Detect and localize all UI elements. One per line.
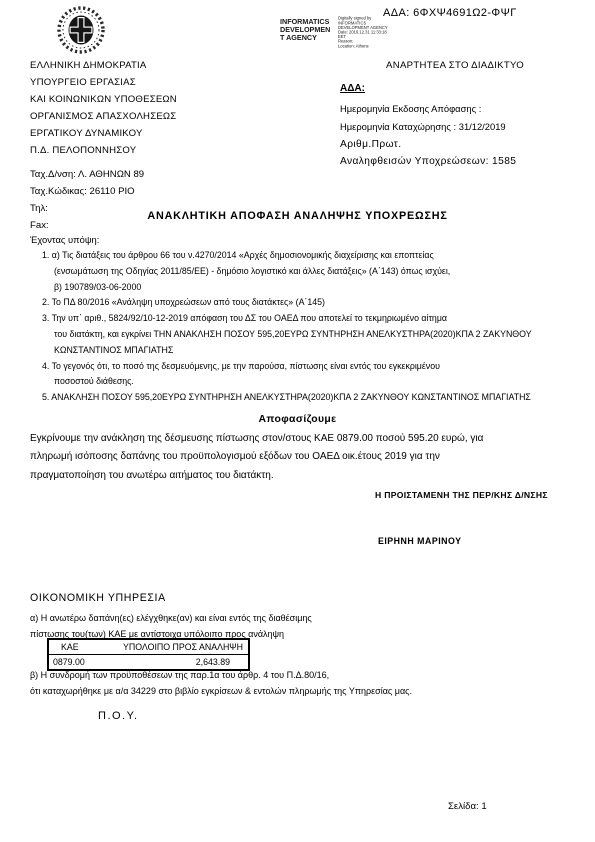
decision-line: πραγματοποίηση του ανωτέρω αιτήματος του…	[30, 467, 570, 485]
address-line: Ταχ.Δ/νση: Λ. ΑΘΗΝΩΝ 89	[30, 166, 144, 183]
commitments-number-line: Αναληφθεισών Υποχρεώσεων: 1585	[340, 156, 516, 167]
decision-line: Εγκρίνουμε την ανάκληση της δέσμευσης πί…	[30, 430, 570, 448]
page-number: Σελίδα: 1	[448, 801, 487, 812]
stamp-agency-line: T AGENCY	[280, 34, 338, 42]
letterhead-line: Π.Δ. ΠΕΛΟΠΟΝΝΗΣΟΥ	[30, 142, 177, 159]
financial-paragraph-b: β) Η συνδρομή των προϋποθέσεων της παρ.1…	[30, 667, 412, 699]
meta-block: ΑΔΑ: Ημερομηνία Εκδοσης Απόφασης : Ημερο…	[340, 83, 516, 173]
signature-stamp-details: Digitally signed by INFORMATICS DEVELOPM…	[338, 16, 421, 48]
financial-service-heading: ΟΙΚΟΝΟΜΙΚΗ ΥΠΗΡΕΣΙΑ	[30, 592, 166, 604]
list-item-3-line: ΚΩΝΣΤΑΝΤΙΝΟΣ ΜΠΑΓΙΑΤΗΣ	[42, 343, 577, 359]
list-item-3-line: 3. Την υπ΄ αριθ., 5824/92/10-12-2019 από…	[42, 311, 577, 327]
decision-paragraph: Εγκρίνουμε την ανάκληση της δέσμευσης πί…	[30, 430, 570, 485]
column-header-kae: ΚΑΕ	[48, 639, 118, 655]
letterhead-line: ΚΑΙ ΚΟΙΝΩΝΙΚΩΝ ΥΠΟΘΕΣΕΩΝ	[30, 91, 177, 108]
decision-line: πληρωμή ισόποσης δαπάνης του προϋπολογισ…	[30, 448, 570, 466]
issue-date-line: Ημερομηνία Εκδοσης Απόφασης :	[340, 103, 516, 114]
register-date-line: Ημερομηνία Καταχώρησης : 31/12/2019	[340, 121, 516, 132]
list-item-4-line: 4. Το γεγονός ότι, το ποσό της δεσμευόμε…	[42, 359, 577, 375]
list-item-2-line: 2. Το ΠΔ 80/2016 «Ανάληψη υποχρεώσεων απ…	[42, 295, 577, 311]
financial-b-line: ότι καταχωρήθηκε με α/α 34229 στο βιβλίο…	[30, 683, 412, 699]
list-item-3-line: του διατάκτη, και εγκρίνει ΤΗΝ ΑΝΑΚΛΗΣΗ …	[42, 327, 577, 343]
greek-coat-of-arms-icon	[55, 3, 107, 57]
poy-signature-label: Π.Ο.Υ.	[98, 710, 139, 722]
list-item-4-line: ποσοστού διάθεσης.	[42, 374, 577, 390]
letterhead: ΕΛΛΗΝΙΚΗ ΔΗΜΟΚΡΑΤΙΑ ΥΠΟΥΡΓΕΙΟ ΕΡΓΑΣΙΑΣ Κ…	[30, 57, 177, 159]
document-page: ΑΔΑ: 6ΦΧΨ4691Ω2-ΦΨΓ INFORMATICS DEVELOPM…	[0, 0, 595, 842]
table-header-row: ΚΑΕ ΥΠΟΛΟΙΠΟ ΠΡΟΣ ΑΝΑΛΗΨΗ	[48, 639, 249, 655]
list-item-5-line: 5. ΑΝΑΚΛΗΣΗ ΠΟΣΟΥ 595,20ΕΥΡΩ ΣΥΝΤΗΡΗΣΗ Α…	[42, 390, 577, 406]
contact-block: Ταχ.Δ/νση: Λ. ΑΘΗΝΩΝ 89 Ταχ.Κώδικας: 261…	[30, 166, 144, 234]
preamble-list: 1. α) Τις διατάξεις του άρθρου 66 του ν.…	[42, 248, 577, 406]
signer-role: Η ΠΡΟΙΣΤΑΜΕΝΗ ΤΗΣ ΠΕΡ/ΚΗΣ Δ/ΝΣΗΣ	[375, 490, 548, 500]
financial-b-line: β) Η συνδρομή των προϋποθέσεων της παρ.1…	[30, 667, 412, 683]
letterhead-line: ΕΛΛΗΝΙΚΗ ΔΗΜΟΚΡΑΤΙΑ	[30, 57, 177, 74]
page-title: ΑΝΑΚΛΗΤΙΚΗ ΑΠΟΦΑΣΗ ΑΝΑΛΗΨΗΣ ΥΠΟΧΡΕΩΣΗΣ	[0, 210, 595, 222]
postcode-line: Ταχ.Κώδικας: 26110 ΡΙΟ	[30, 183, 144, 200]
signature-stamp-agency: INFORMATICS DEVELOPMEN T AGENCY	[280, 18, 338, 43]
list-item-1-line: β) 190789/03-06-2000	[42, 280, 577, 296]
list-item-1-line: 1. α) Τις διατάξεις του άρθρου 66 του ν.…	[42, 248, 577, 264]
letterhead-line: ΥΠΟΥΡΓΕΙΟ ΕΡΓΑΣΙΑΣ	[30, 74, 177, 91]
ada-label: ΑΔΑ:	[340, 83, 516, 94]
having-regard-heading: Έχοντας υπόψη:	[30, 234, 99, 245]
list-item-1-line: (ενσωμάτωση της Οδηγίας 2011/85/ΕΕ) - δη…	[42, 264, 577, 280]
letterhead-line: ΕΡΓΑΤΙΚΟΥ ΔΥΝΑΜΙΚΟΥ	[30, 125, 177, 142]
stamp-detail-line: Location: Athens	[338, 44, 421, 49]
anartitea-label: ΑΝΑΡΤΗΤΕΑ ΣΤΟ ΔΙΑΔΙΚΤΥΟ	[340, 60, 570, 71]
financial-a-line: α) Η ανωτέρω δαπάνη(ες) ελέγχθηκε(αν) κα…	[30, 611, 312, 627]
decision-heading: Αποφασίζουμε	[0, 414, 595, 425]
signer-name: ΕΙΡΗΝΗ ΜΑΡΙΝΟΥ	[378, 536, 462, 546]
letterhead-line: ΟΡΓΑΝΙΣΜΟΣ ΑΠΑΣΧΟΛΗΣΕΩΣ	[30, 108, 177, 125]
protocol-number-line: Αριθμ.Πρωτ.	[340, 139, 516, 150]
column-header-balance: ΥΠΟΛΟΙΠΟ ΠΡΟΣ ΑΝΑΛΗΨΗ	[118, 639, 249, 655]
